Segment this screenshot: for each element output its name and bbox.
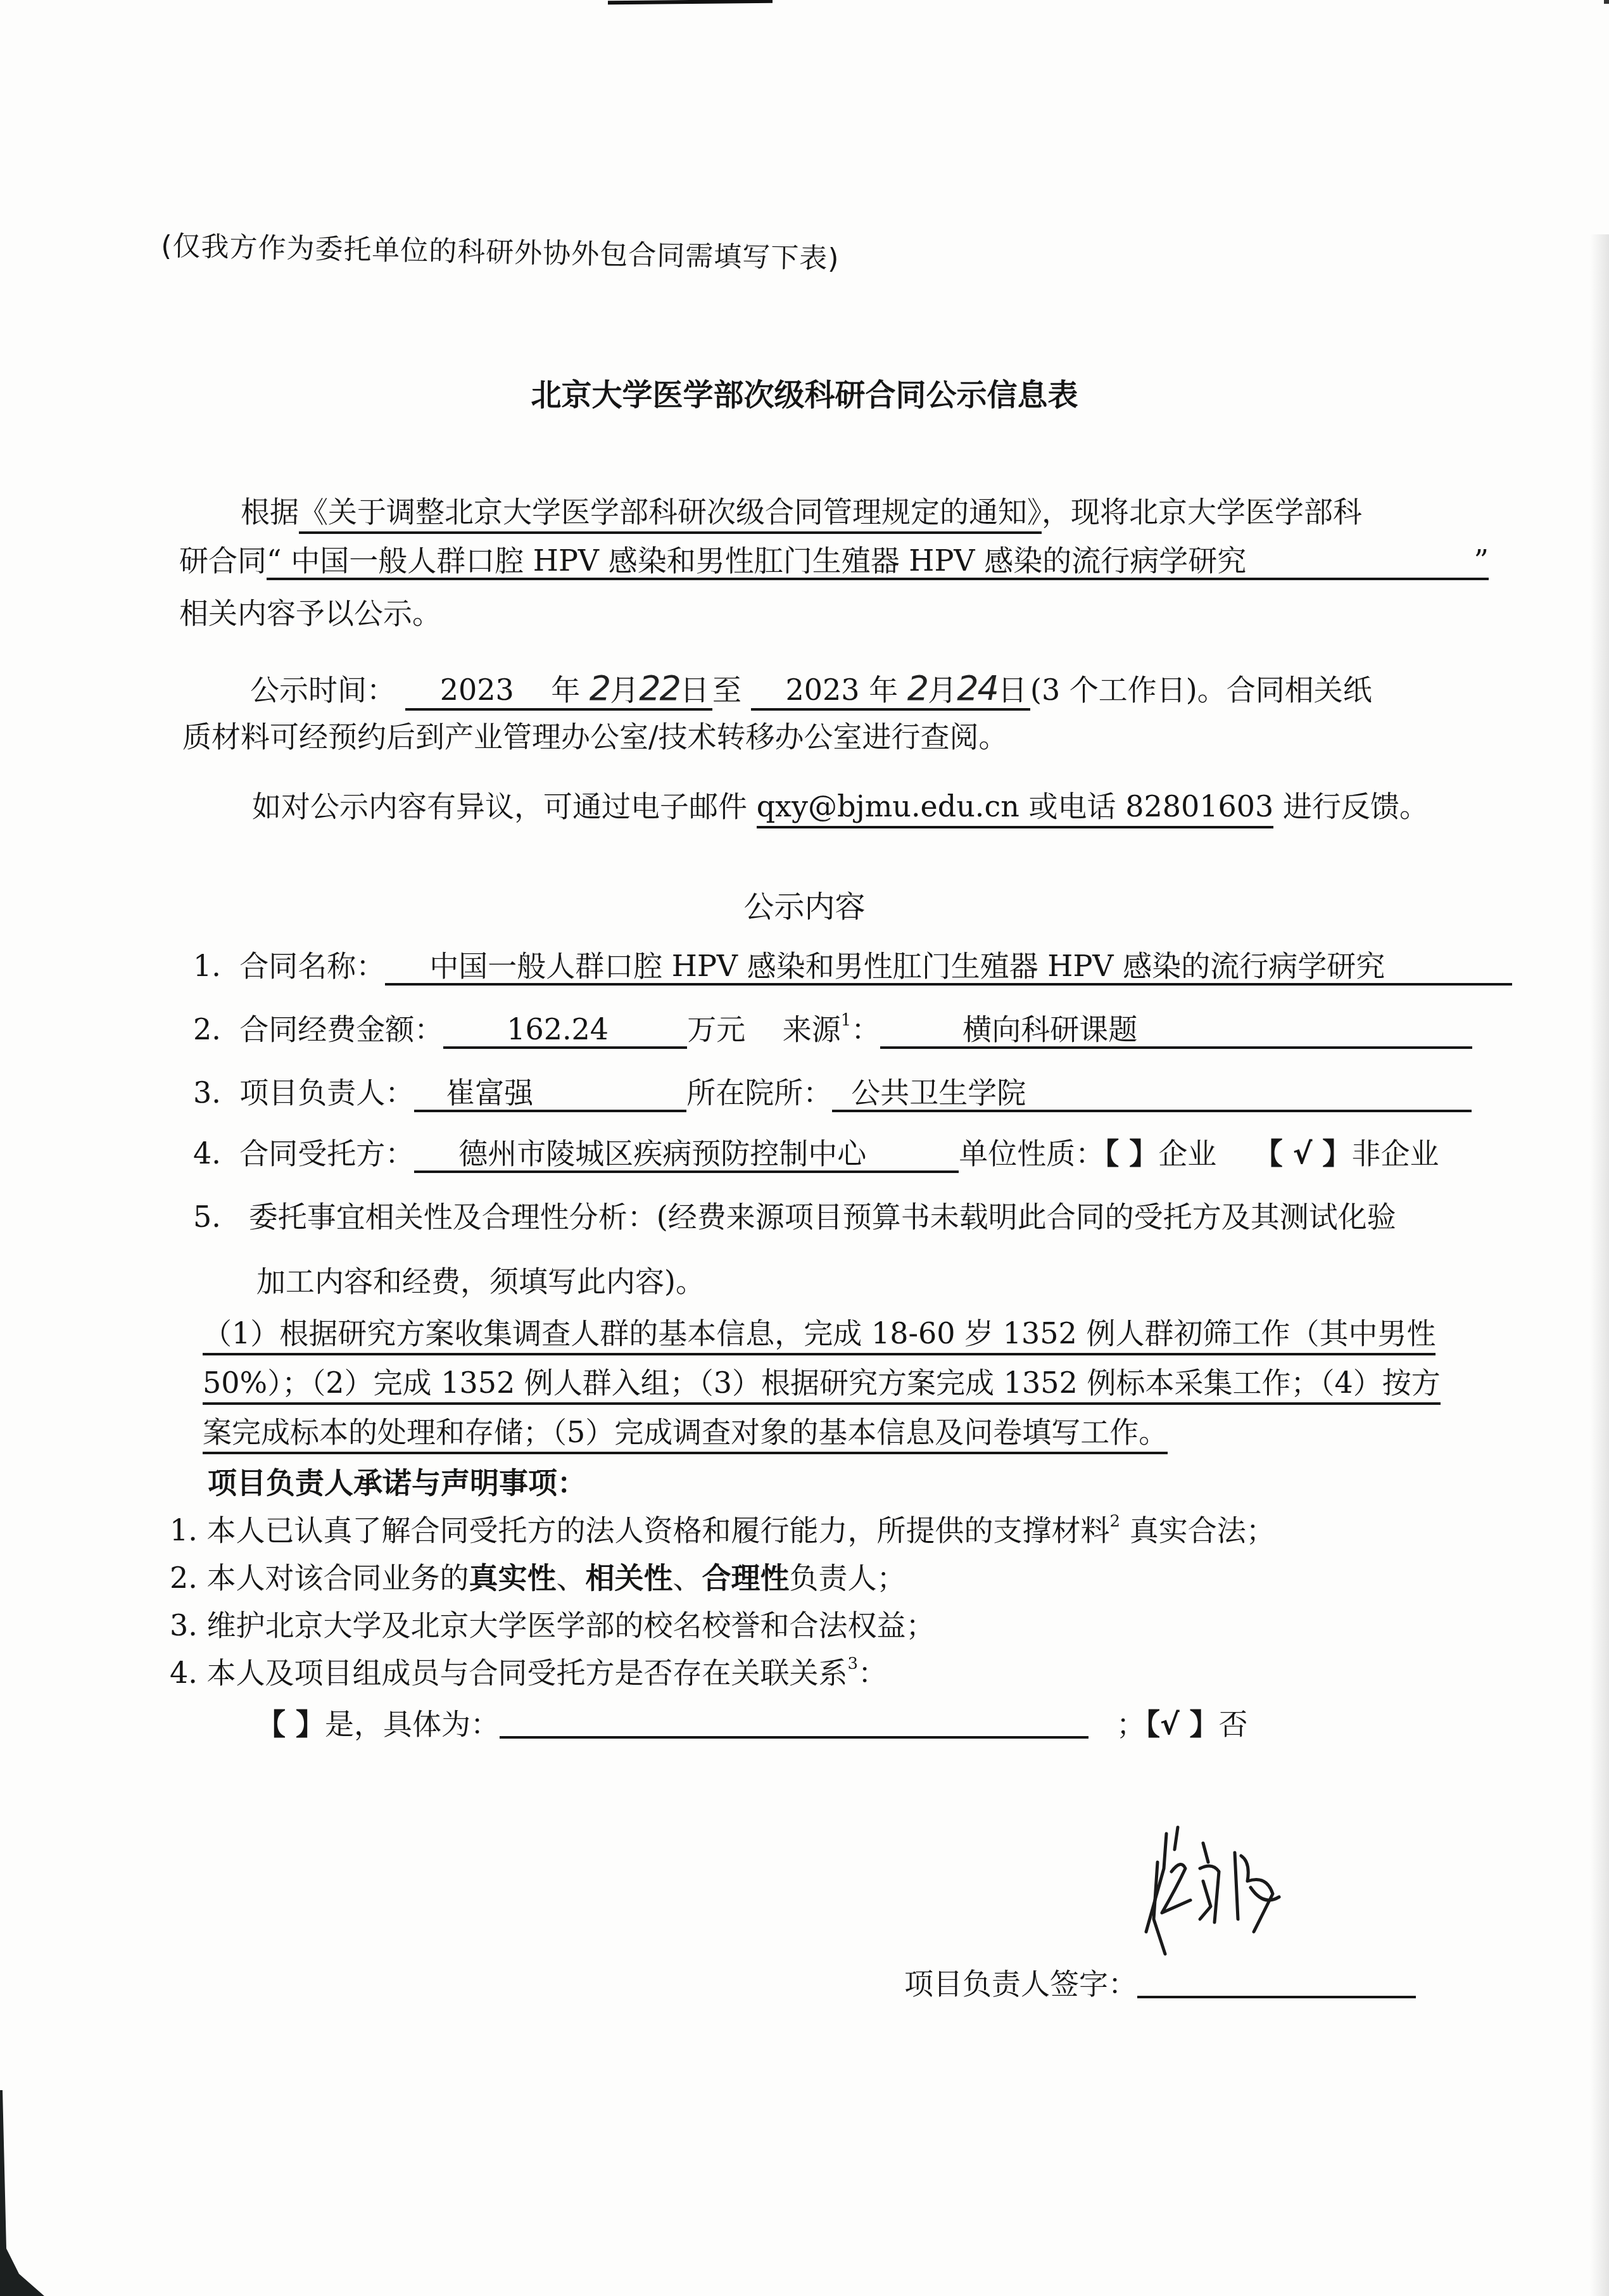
- separator: 、: [557, 1561, 586, 1595]
- item-analysis: 5. 委托事宜相关性及合理性分析：(经费来源项目预算书未载明此合同的受托方及其测…: [193, 1202, 1396, 1231]
- end-date-field: 2023 年 2月24日: [751, 671, 1030, 711]
- feedback-phone: 82801603: [1125, 789, 1273, 823]
- separator: 、: [673, 1561, 702, 1595]
- page-title: 北京大学医学部次级科研合同公示信息表: [0, 371, 1609, 414]
- to-char: 至: [712, 673, 741, 707]
- period-label: 公示时间：: [250, 673, 396, 707]
- year-char: 年: [869, 673, 898, 707]
- commitment-1: 1. 本人已认真了解合同受托方的法人资格和履行能力，所提供的支撑材料2 真实合法…: [170, 1516, 1275, 1545]
- commitment-2: 2. 本人对该合同业务的真实性、相关性、合理性负责人；: [170, 1563, 906, 1592]
- start-month-handwritten: 2: [590, 668, 610, 708]
- feedback-prefix: 如对公示内容有异议，可通过电子邮件: [252, 789, 757, 823]
- signature-line: 项目负责人签字：: [904, 1967, 1416, 1998]
- emphasis-relevance: 相关性: [586, 1561, 673, 1595]
- commitment-text: 1. 本人已认真了解合同受托方的法人资格和履行能力，所提供的支撑材料: [170, 1513, 1110, 1547]
- item-amount: 2. 合同经费金额：162.24万元 来源1：横向科研课题: [193, 1015, 1472, 1049]
- relation-choice: 【 】是，具体为： ；【√ 】否: [256, 1707, 1248, 1739]
- scan-edge-top-right: [1604, 0, 1609, 4]
- month-char: 月: [610, 673, 639, 707]
- contract-name-value: 中国一般人群口腔 HPV 感染和男性肛门生殖器 HPV 感染的流行病学研究: [385, 951, 1512, 986]
- scan-edge-right: [1590, 234, 1609, 2296]
- feedback-contact: qxy@bjmu.edu.cn 或电话 82801603: [757, 789, 1274, 828]
- commitment-4: 4. 本人及项目组成员与合同受托方是否存在关联关系3：: [170, 1658, 887, 1687]
- no-label: 否: [1219, 1707, 1248, 1741]
- commitment-text: 4. 本人及项目组成员与合同受托方是否存在关联关系: [170, 1656, 848, 1690]
- intro-mid: ，现将北京大学医学部科: [1042, 495, 1362, 529]
- scan-edge-top: [608, 0, 773, 4]
- amount-unit: 万元: [687, 1012, 745, 1046]
- amount-value: 162.24: [443, 1015, 687, 1049]
- commitment-3: 3. 维护北京大学及北京大学医学部的校名校誉和合法权益；: [170, 1611, 935, 1640]
- entrustee-value: 德州市陵城区疾病预防控制中心: [414, 1139, 959, 1173]
- item-entrustee: 4. 合同受托方：德州市陵城区疾病预防控制中心单位性质：【 】企业 【 √ 】非…: [193, 1139, 1439, 1173]
- emphasis-reasonableness: 合理性: [702, 1561, 790, 1595]
- item-pi: 3. 项目负责人：崔富强所在院所：公共卫生学院: [193, 1078, 1472, 1112]
- source-colon: ：: [851, 1012, 880, 1046]
- close-quote: ”: [1473, 546, 1489, 575]
- end-year: 2023: [786, 673, 860, 707]
- intro-contract-title: “ 中国一般人群口腔 HPV 感染和男性肛门生殖器 HPV 感染的流行病学研究”: [267, 546, 1489, 580]
- day-char: 日: [998, 673, 1027, 707]
- analysis-text-line-2: 50%）；（2）完成 1352 例人群入组；（3）根据研究方案完成 1352 例…: [203, 1368, 1441, 1397]
- item-number: 2.: [193, 1012, 221, 1046]
- intro-contract-title-text: “ 中国一般人群口腔 HPV 感染和男性肛门生殖器 HPV 感染的流行病学研究: [267, 543, 1246, 578]
- commitment-text: 真实合法；: [1120, 1513, 1275, 1547]
- commitments-title: 项目负责人承诺与声明事项：: [208, 1468, 586, 1497]
- analysis-text-line-3: 案完成标本的处理和存储；（5）完成调查对象的基本信息及问卷填写工作。: [203, 1418, 1168, 1447]
- checkbox-no-checked[interactable]: 【√ 】: [1145, 1707, 1219, 1741]
- section-title: 公示内容: [0, 892, 1609, 922]
- checkbox-non-enterprise-checked[interactable]: 【 √ 】: [1254, 1136, 1352, 1170]
- analysis-text: 案完成标本的处理和存储；（5）完成调查对象的基本信息及问卷填写工作。: [203, 1415, 1168, 1454]
- intro-prefix: 根据: [241, 495, 299, 529]
- item-number: 4.: [193, 1136, 221, 1170]
- colon: ：: [858, 1656, 887, 1690]
- institute-value: 公共卫生学院: [832, 1078, 1472, 1112]
- commitment-text: 2. 本人对该合同业务的: [170, 1561, 469, 1595]
- source-value: 横向科研课题: [880, 1015, 1472, 1049]
- commitment-text: 负责人；: [790, 1561, 906, 1595]
- signature-field[interactable]: [1137, 1967, 1416, 1998]
- item-label: 合同名称：: [239, 949, 385, 983]
- period-line-2: 质材料可经预约后到产业管理办公室/技术转移办公室进行查阅。: [182, 722, 1008, 751]
- checkbox-enterprise[interactable]: 【 】: [1104, 1136, 1158, 1170]
- signature-label: 项目负责人签字：: [904, 1967, 1137, 2001]
- analysis-text: （1）根据研究方案收集调查人群的基本信息，完成 18-60 岁 1352 例人群…: [203, 1316, 1435, 1355]
- emphasis-authenticity: 真实性: [469, 1561, 557, 1595]
- item-contract-name: 1. 合同名称：中国一般人群口腔 HPV 感染和男性肛门生殖器 HPV 感染的流…: [193, 951, 1512, 986]
- handwritten-signature: [1140, 1824, 1342, 1972]
- period-line-1: 公示时间： 2023 年 2月22日 至 2023 年 2月24日 (3 个工作…: [250, 671, 1372, 711]
- year-char: 年: [551, 673, 580, 707]
- start-date-field: 2023 年 2月22日: [405, 671, 712, 711]
- feedback-line: 如对公示内容有异议，可通过电子邮件 qxy@bjmu.edu.cn 或电话 82…: [252, 792, 1429, 821]
- enterprise-label: 企业: [1158, 1136, 1216, 1170]
- end-month-handwritten: 2: [907, 668, 928, 708]
- separator: ；: [1116, 1707, 1145, 1741]
- relation-detail-field[interactable]: [500, 1707, 1088, 1739]
- analysis-label: 委托事宜相关性及合理性分析：(经费来源项目预算书未载明此合同的受托方及其测试化验: [249, 1200, 1396, 1234]
- footnote-3: 3: [848, 1654, 859, 1673]
- day-char: 日: [680, 673, 709, 707]
- start-day-handwritten: 22: [639, 668, 680, 708]
- non-enterprise-label: 非企业: [1351, 1136, 1439, 1170]
- item-label: 合同受托方：: [239, 1136, 414, 1170]
- item-number: 5.: [193, 1200, 221, 1234]
- item-number: 1.: [193, 949, 221, 983]
- intro-line-1: 根据《关于调整北京大学医学部科研次级合同管理规定的通知》，现将北京大学医学部科: [241, 497, 1362, 526]
- analysis-text: 50%）；（2）完成 1352 例人群入组；（3）根据研究方案完成 1352 例…: [203, 1366, 1441, 1405]
- period-tail: (3 个工作日)。合同相关纸: [1030, 673, 1372, 707]
- footnote-2: 2: [1110, 1512, 1121, 1531]
- phone-label: 或电话: [1019, 789, 1125, 823]
- start-year: 2023: [440, 673, 514, 707]
- notice-name: 《关于调整北京大学医学部科研次级合同管理规定的通知》: [299, 495, 1042, 534]
- analysis-label-line-2: 加工内容和经费，须填写此内容)。: [256, 1267, 705, 1296]
- scan-edge-left: [0, 2090, 44, 2296]
- item-label: 合同经费金额：: [239, 1012, 443, 1046]
- intro-line2-prefix: 研合同: [179, 543, 267, 578]
- month-char: 月: [928, 673, 957, 707]
- yes-label: 是，具体为：: [325, 1707, 500, 1741]
- feedback-suffix: 进行反馈。: [1273, 789, 1429, 823]
- pi-value: 崔富强: [414, 1078, 686, 1112]
- header-note: (仅我方作为委托单位的科研外协外包合同需填写下表): [161, 223, 840, 277]
- intro-line-2: 研合同“ 中国一般人群口腔 HPV 感染和男性肛门生殖器 HPV 感染的流行病学…: [179, 546, 1489, 580]
- footnote-1: 1: [841, 1011, 852, 1030]
- item-number: 3.: [193, 1075, 221, 1110]
- intro-line-3: 相关内容予以公示。: [179, 599, 441, 628]
- feedback-email: qxy@bjmu.edu.cn: [757, 789, 1019, 823]
- item-label: 项目负责人：: [239, 1075, 414, 1110]
- institute-label: 所在院所：: [686, 1075, 832, 1110]
- checkbox-yes[interactable]: 【 】: [256, 1707, 325, 1741]
- end-day-handwritten: 24: [957, 668, 998, 708]
- source-label: 来源: [783, 1012, 841, 1046]
- analysis-text-line-1: （1）根据研究方案收集调查人群的基本信息，完成 18-60 岁 1352 例人群…: [203, 1319, 1435, 1348]
- nature-label: 单位性质：: [959, 1136, 1104, 1170]
